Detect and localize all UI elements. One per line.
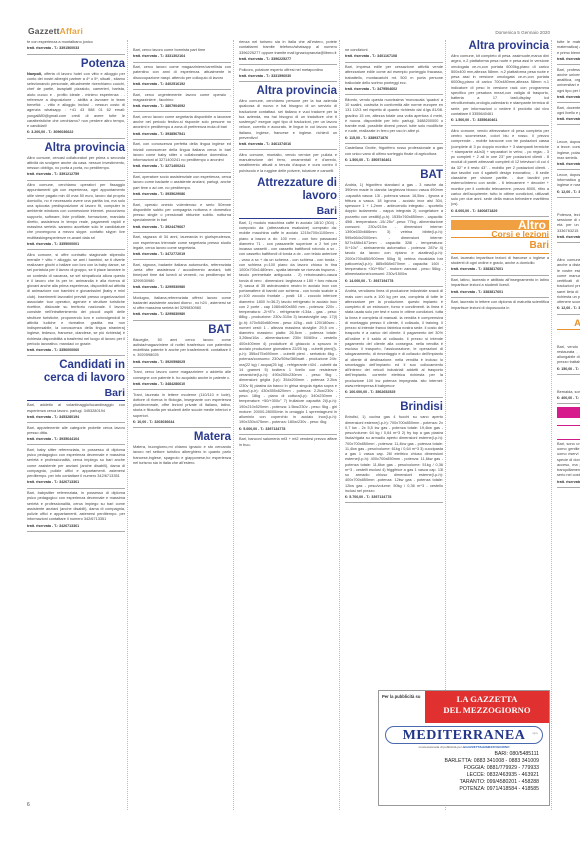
promo-label: Per la pubblicità su: [379, 691, 425, 723]
ad-text: Bari, operaio onesto volenteroso e serio…: [133, 203, 231, 224]
section-heading-bat: BAT: [133, 324, 231, 336]
ad-text: Bari, vendo macchina da cucire singer co…: [557, 345, 580, 366]
ad-text: Bari, cerco urgentemente lavoro come ope…: [133, 93, 231, 104]
office-phone: BARI: 080/5485111: [379, 751, 539, 758]
section-heading-bari: Bari: [451, 241, 549, 254]
ad-contact: €: 8.000,00 - T.: 3400871829: [451, 208, 549, 217]
ad-text: Bari, signora, badante italiana automuni…: [133, 263, 231, 284]
ad-text: Bari, cerco lavoro come magazziniere/car…: [133, 65, 231, 81]
ad-text: Bari, baby sitter referenziata, in posse…: [27, 448, 125, 480]
subcategory-corsi-lezioni: Corsi e lezioni: [451, 232, 549, 238]
ad-text: rienza nel turismo sia in italia che all…: [239, 40, 337, 56]
classified-ad: Bari, sono una signora onesta e premuros…: [557, 442, 580, 488]
tagline-brand: laGAZZETTAdelMEZZOGIORNO: [463, 745, 510, 749]
ad-contact: tratt. riservata - T.: 3331596030: [239, 73, 337, 82]
ad-contact: tratt. riservata - T.: 3271400241: [133, 163, 231, 172]
classified-ad: Bari, professore di chimica con trentenn…: [557, 68, 580, 104]
classified-ad: ne condizionitratt. riservata - T.: 3401…: [345, 48, 443, 63]
section-heading-bari: Bari: [27, 388, 125, 401]
masthead-text: Gazzett: [28, 26, 60, 36]
ad-contact: tratt. riservata - T.: 3807904092: [133, 103, 231, 112]
section-heading-altra-provincia: Altra provincia: [451, 40, 549, 52]
office-phone: FOGGIA: 0881/779929 - 779933: [379, 765, 539, 772]
mediterranea-logo-text: MEDITERRANEA: [403, 728, 526, 743]
ad-contact: €: 115,00 - T.: 3389371876: [345, 135, 443, 144]
classified-ad: Modugno, italiana,referenziata offresi l…: [133, 296, 231, 321]
classified-ad: Altro comune, cerchiamo persone per la t…: [239, 99, 337, 150]
section-heading-bari: Bari: [239, 206, 337, 219]
gazzetta-logo-line1: LA GAZZETTA: [425, 694, 549, 705]
office-phone: LECCE: 0832/463935 - 463921: [379, 772, 539, 779]
ad-contact: tratt. riservata - T.: 3755688860: [557, 479, 580, 488]
ad-text: Altro comune, montalto, vendo vernice pe…: [239, 153, 337, 174]
ad-contact: tratt. riservata - T.: 3453280194: [27, 414, 125, 423]
ad-contact: tratt. riservata - T.: 3331302164: [133, 53, 231, 62]
section-heading-potenza: Potenza: [557, 201, 580, 211]
classified-ad: Lecce, doposcuola per ragazzi di scuola …: [557, 140, 580, 170]
ad-text: Altro comune, vendo attrezzature di pesa…: [451, 129, 549, 208]
ad-contact: tratt. riservata - T.: 3426713361: [27, 523, 125, 532]
office-phone-list: BARI: 080/5485111 BARLETTA: 0883 341008 …: [379, 751, 549, 794]
ad-contact: €: 1.500,00 - T.: 3505746461: [345, 157, 443, 166]
ad-text: Bisceglie, 50 anni cerco lavoro come aut…: [133, 338, 231, 359]
ad-contact: tratt. riservata - T.: 3299830980: [133, 311, 231, 320]
column-6: tutte le materie (compreso latino, franc…: [557, 40, 580, 810]
tagline-text: concessionaria di pubblicità per: [419, 745, 463, 749]
classified-ad: Altro comune, kit completo di pesa. assi…: [451, 54, 549, 126]
office-phone: POTENZA: 0971/418584 - 418585: [379, 786, 539, 793]
classified-ad: Bernalda, sortilolo in ottegio anno 1924…: [557, 390, 580, 405]
classified-ad: Bari, laureato impartisce lezioni di fra…: [451, 256, 549, 276]
column-2: Bari, cerco lavoro come bormista part ti…: [133, 40, 234, 810]
classified-ad: Bisceglie, 50 anni cerco lavoro come aut…: [133, 338, 231, 368]
category-heading-attrezzature: Attrezzature di lavoro: [239, 177, 337, 203]
section-heading-brindisi: Brindisi: [345, 401, 443, 413]
ad-text: Bari, docente di inglese e francese impa…: [557, 106, 580, 117]
ad-contact: €: 1.500,00 - T.: 3355640461: [451, 117, 549, 126]
ad-contact: €: 5.000,00 - T.: 3397134778: [239, 426, 337, 435]
masthead-logo: GazzettAffari: [28, 26, 83, 36]
ad-text: Bari, banconi salumeria mt3 + mt2 vendes…: [239, 437, 337, 448]
gazzetta-logo: LA GAZZETTA DEL MEZZOGIORNO: [425, 691, 549, 723]
ad-text: Noepoli, offerta di lavoro hotel con vit…: [27, 72, 125, 130]
classified-ad: Trani, cerco lavoro come magazziniere o …: [133, 370, 231, 390]
ad-text: Trani, cerco lavoro come magazziniere o …: [133, 370, 231, 381]
classified-ad: Lecce, doposcuola per ragazzi di scuole …: [557, 173, 580, 198]
ad-contact: tratt. riservata - T.: 3461374016: [239, 141, 337, 150]
ad-text: Bari, addetto al volantinaggio/locandina…: [27, 403, 125, 414]
ad-contact: €: 400,00 - T.: 3393677156: [557, 395, 580, 404]
ad-text: Bari, ragazza di 34 anni, laureanda in g…: [133, 235, 231, 251]
ad-text: Lecce, doposcuola per ragazzi di scuola …: [557, 140, 580, 161]
ad-contact: €: 5.700,00 - T.: 3397134778: [345, 494, 443, 503]
advertising-box: Per la pubblicità su LA GAZZETTA DEL MEZ…: [378, 690, 550, 806]
classified-ad: tutte le materie (compreso latino, franc…: [557, 40, 580, 65]
ad-contact: tratt. riservata - T.: 3391560033: [27, 45, 125, 54]
promo-tagline: concessionaria di pubblicità per laGAZZE…: [379, 745, 549, 749]
ad-contact: €: 3.200,00 - T.: 3096036622: [27, 129, 125, 138]
section-heading-bat: BAT: [345, 169, 443, 181]
office-phone: BARLETTA: 0883 341008 - 0883 341009: [379, 758, 539, 765]
ad-body: offerta di lavoro hotel con vitto e allo…: [27, 72, 125, 129]
ad-contact: tratt. riservata - T.: 3383817601: [557, 56, 580, 65]
ad-text: Bari, 1) modulo macchina caffè in acciai…: [239, 221, 337, 426]
logo-suffix: spa: [533, 724, 539, 742]
masthead-accent: Affari: [60, 26, 83, 36]
section-heading-potenza: Potenza: [27, 58, 125, 70]
section-heading-bari: Bari: [557, 429, 580, 440]
ad-contact: tratt. riservata - T.: 3356000060: [27, 347, 125, 356]
classified-ad: Bari, baby sitter referenziata, in posse…: [27, 448, 125, 489]
classified-ad: Bari, addetto al volantinaggio/locandina…: [27, 403, 125, 423]
ad-contact: tratt. riservata - T.: 3924479667: [133, 224, 231, 233]
classified-ad: Bari, cerco lavoro come magazziniere/car…: [133, 65, 231, 90]
classified-ad: Bari, con conoscenza perfetta della ling…: [133, 142, 231, 172]
ad-text: Altro comune, cercasi collaboratori per …: [27, 156, 125, 172]
classified-ad: Andria, 1) frigorifero standard a gas - …: [345, 183, 443, 287]
ad-text: Bari, impresa edile per cessazione attiv…: [345, 65, 443, 86]
section-heading-matera: Matera: [557, 378, 580, 388]
classified-ad: Noepoli, offerta di lavoro hotel con vit…: [27, 72, 125, 139]
ad-contact: €: 12,00 - T.: 3466764974: [557, 189, 580, 198]
classified-ad: Altro comune, cerchiamo operatori per fi…: [27, 183, 125, 250]
ad-text: Brindisi, 1) cucina gas 4 fuochi su vano…: [345, 415, 443, 494]
ad-text: Bari, cerco lavoro come segretaria dispo…: [133, 115, 231, 131]
category-band-personale: Personale: [557, 407, 580, 417]
ad-text: tutte le materie (compreso latino, franc…: [557, 40, 580, 56]
ad-text: Altro comune, cerchiamo operatori per fi…: [27, 183, 125, 241]
ad-text: Policoro, potatore esperto offresi nel m…: [239, 68, 337, 73]
ad-contact: tratt. riservata - T.: 3296699441: [557, 116, 580, 125]
ad-contact: tratt. riservata - T.: 3479504602: [345, 86, 443, 95]
ad-text: Bitonto, vendo questa nuovissima 'monosc…: [345, 98, 443, 135]
ad-text: Lecce, doposcuola per ragazzi di scuole …: [557, 173, 580, 189]
gazzetta-logo-line2: DEL MEZZOGIORNO: [425, 705, 549, 716]
ad-text: Andria, 1) frigorifero standard a gas - …: [345, 183, 443, 278]
page-number: 6: [27, 802, 30, 808]
classified-ad: Altro comune, offro traduzioni, anche gi…: [557, 258, 580, 315]
classified-ad: Policoro, potatore esperto offresi nel m…: [239, 68, 337, 83]
ad-contact: tratt. riservata - T.: 3466764974: [557, 161, 580, 170]
classified-ad: Bari, ragazza di 34 anni, laureanda in g…: [133, 235, 231, 260]
ad-contact: tratt. riservata - T.: 3391212759: [27, 171, 125, 180]
classified-ad: Matera, buongiorno,mi chiamo ignacio e s…: [133, 445, 231, 466]
ad-text: Bari, latino, laureato e abilitato all'i…: [451, 278, 549, 289]
ad-contact: tratt. riservata - T.: 3396225277: [239, 56, 337, 65]
ad-contact: tratt. riservata - T.: 3355000001: [27, 241, 125, 250]
ad-contact: tratt. riservata - T.: 3383817601: [451, 289, 549, 298]
ad-text: Trani, laureato in lettere moderne (110/…: [133, 393, 231, 419]
section-heading-altra-provincia: Altra provincia: [239, 85, 337, 97]
classified-ad: Altro comune, cercasi collaboratori per …: [27, 156, 125, 181]
ad-contact: €: 14.000,00 - T.: 3937194778: [345, 278, 443, 287]
ad-contact: tratt. riservata - T.: 3299530980: [133, 284, 231, 293]
column-3: rienza nel turismo sia in italia che all…: [239, 40, 340, 810]
classified-ad: Bari, appartenente alle categorie protet…: [27, 426, 125, 446]
classified-ad: Bari, operaio onesto volenteroso e serio…: [133, 203, 231, 233]
ad-contact: tratt. riservata - T.: 3935644104: [27, 436, 125, 445]
ad-contact: tratt. riservata - T.: 3383817601: [557, 94, 580, 103]
ad-text: Modugno, italiana,referenziata offresi l…: [133, 296, 231, 312]
classified-ad: Bari, vendo macchina da cucire singer co…: [557, 345, 580, 375]
section-heading-altra-provincia: Altra provincia: [557, 246, 580, 256]
ad-text: Andria, vendiamo linea di produzione ind…: [345, 289, 443, 389]
promo-header: Per la pubblicità su LA GAZZETTA DEL MEZ…: [379, 691, 549, 723]
ad-text: Bari, sono una signora onesta e premuros…: [557, 442, 580, 479]
classified-ad: Bari, signora, badante italiana automuni…: [133, 263, 231, 293]
subcategory-personali: Personali: [557, 420, 580, 426]
classified-ad: Bari, cerco lavoro come segretaria dispo…: [133, 115, 231, 140]
classified-ad: Bari, impresa edile per cessazione attiv…: [345, 65, 443, 95]
ad-text: Castellana Grotte, frigorifero rosso pro…: [345, 146, 443, 157]
column-1: te con esperienza a montalbano jonico tr…: [27, 40, 128, 810]
ad-text: Altro comune, si offre contratto stagion…: [27, 253, 125, 348]
classified-ad: Altro comune, si offre contratto stagion…: [27, 253, 125, 357]
ad-contact: tratt. riservata - T.: 3938567541: [133, 131, 231, 140]
classified-ad: Bitonto, vendo questa nuovissima 'monosc…: [345, 98, 443, 144]
section-heading-altra-provincia: Altra provincia: [27, 142, 125, 154]
ad-text: Bari, con conoscenza perfetta della ling…: [133, 142, 231, 163]
ad-text: Altro comune, offro traduzioni, anche gi…: [557, 258, 580, 305]
ad-text: Bari, babysitter referenziata, in posses…: [27, 491, 125, 523]
ad-text: Bernalda, sortilolo in ottegio anno 1924…: [557, 390, 580, 395]
classified-ad: Brindisi, 1) cucina gas 4 fuochi su vano…: [345, 415, 443, 503]
ad-contact: tratt. riservata - T.: 3935629086: [133, 191, 231, 200]
mediterranea-logo: MEDITERRANEA spa: [385, 726, 543, 744]
classified-ad: Bari, banconi salumeria mt3 + mt2 vendes…: [239, 437, 337, 448]
section-heading-matera: Matera: [133, 431, 231, 443]
classified-ad: Castellana Grotte, frigorifero rosso pro…: [345, 146, 443, 166]
ad-contact: tratt. riservata - T.: 3484286610: [133, 381, 231, 390]
classified-ad: Andria, vendiamo linea di produzione ind…: [345, 289, 443, 398]
classified-ad: Bari, 1) modulo macchina caffè in acciai…: [239, 221, 337, 435]
ad-text: Bari, professore di chimica con trentenn…: [557, 68, 580, 94]
section-heading-lecce: Lecce: [557, 128, 580, 138]
ad-contact: tratt. riservata - T.: 3336763215: [557, 234, 580, 243]
ad-text: Potenza, lezioni di recitazione, dizione…: [557, 213, 580, 234]
ad-text: Bari, laureato in lettere con diploma di…: [451, 300, 549, 311]
classified-ad: Potenza, lezioni di recitazione, dizione…: [557, 213, 580, 243]
classified-ad: Bari, cerco urgentemente lavoro come ope…: [133, 93, 231, 113]
classified-ad: rienza nel turismo sia in italia che all…: [239, 40, 337, 65]
office-phone: TARANTO: 099/4580201 - 458288: [379, 779, 539, 786]
classified-ad: Bari, laureato in lettere con diploma di…: [451, 300, 549, 311]
ad-contact: tratt. riservata - T.: 3383817601: [451, 266, 549, 275]
ad-contact: €: 12,00 - T.: 3615594180: [557, 305, 580, 314]
issue-date: Domenica 5 Gennaio 2020: [495, 30, 550, 35]
classified-ad: Bari, babysitter referenziata, in posses…: [27, 491, 125, 532]
category-heading-arte: Arte e antiquariato: [557, 318, 580, 330]
ad-contact: tratt. riservata - T.: 3426713361: [27, 479, 125, 488]
ad-text: Altro comune, kit completo di pesa. assi…: [451, 54, 549, 117]
section-heading-bari: Bari: [557, 333, 580, 343]
ad-text: Bari, laureato impartisce lezioni di fra…: [451, 256, 549, 267]
ad-contact: €: 150,00 - T.: 3398394363: [557, 366, 580, 375]
ad-contact: tratt. riservata - T.: 3402516192: [133, 81, 231, 90]
classified-ad: Altro comune, vendo attrezzature di pesa…: [451, 129, 549, 217]
category-heading-candidati: Candidati in cerca di lavoro: [27, 359, 125, 385]
classified-ad: Trani, laureato in lettere moderne (110/…: [133, 393, 231, 429]
classified-ad: Bari, latino, laureato e abilitato all'i…: [451, 278, 549, 298]
classified-ad: Bari, operatore socio assistenziale con …: [133, 175, 231, 200]
ad-location: Noepoli,: [27, 72, 42, 76]
ad-contact: tratt. riservata - T.: 3920598025: [133, 359, 231, 368]
classified-ad: te con esperienza a montalbano jonico tr…: [27, 40, 125, 55]
ad-contact: tratt. riservata - T.: 3472772019: [133, 251, 231, 260]
classified-ad: Bari, cerco lavoro come bormista part ti…: [133, 48, 231, 63]
ad-text: Bari, operatore socio assistenziale con …: [133, 175, 231, 191]
classified-ad: Bari, docente di inglese e francese impa…: [557, 106, 580, 126]
ad-text: Bari, appartenente alle categorie protet…: [27, 426, 125, 437]
ad-contact: €: 100.000,00 - T.: 3562652525: [345, 389, 443, 398]
ad-text: Matera, buongiorno,mi chiamo ignacio e s…: [133, 445, 231, 466]
ad-text: Altro comune, cerchiamo persone per la t…: [239, 99, 337, 141]
classified-ad: Altro comune, montalto, vendo vernice pe…: [239, 153, 337, 174]
ad-contact: tratt. riservata - T.: 3401167108: [345, 53, 443, 62]
ad-contact: €: 10,00 - T.: 3203036644: [133, 419, 231, 428]
